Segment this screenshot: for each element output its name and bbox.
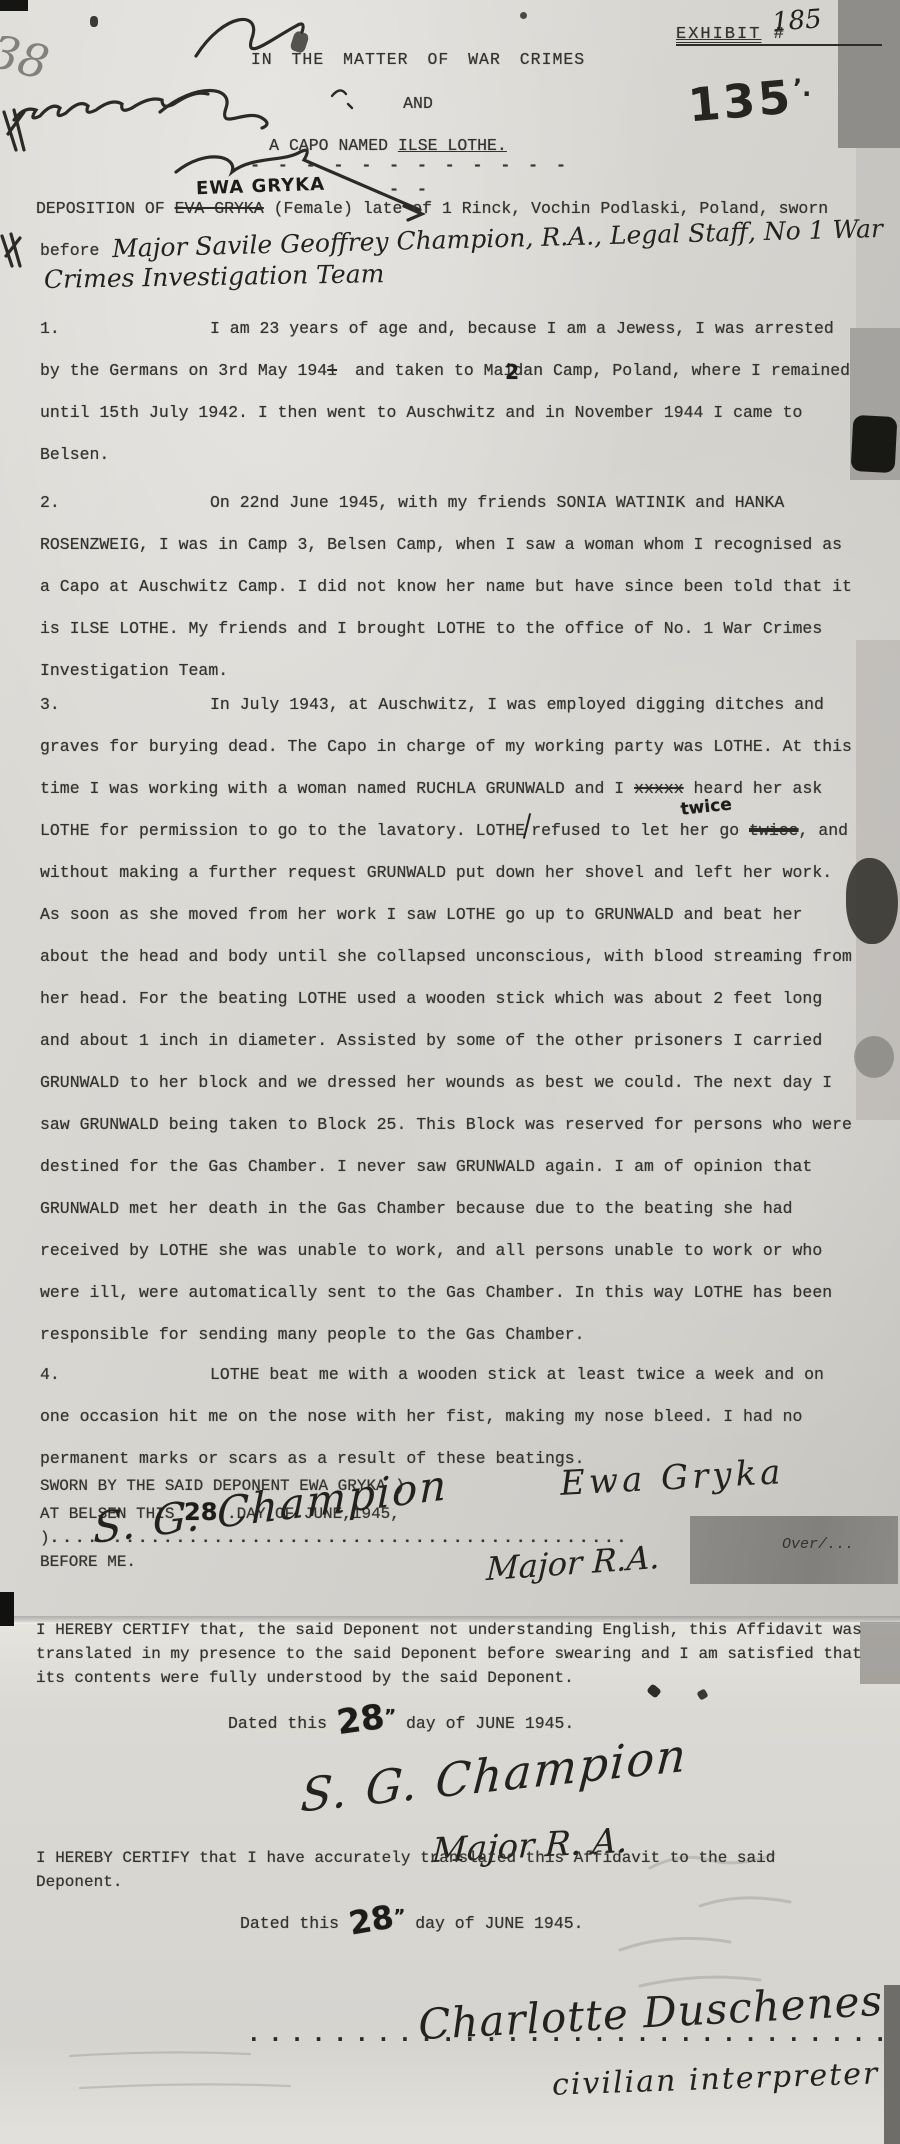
day-flourish: ” bbox=[393, 1906, 405, 1927]
paragraph-number: 3. bbox=[40, 684, 60, 726]
paragraph-number: 4. bbox=[40, 1354, 60, 1396]
dated-line-1: Dated this 28” day of JUNE 1945. bbox=[228, 1702, 574, 1739]
paragraph-text: LOTHE beat me with a wooden stick at lea… bbox=[40, 1365, 824, 1468]
exhibit-number: 185 bbox=[771, 4, 823, 37]
scan-edge-shadow bbox=[838, 0, 900, 148]
black-edge-mark bbox=[0, 1592, 14, 1626]
exhibit-underline bbox=[676, 44, 882, 46]
signature-dotted-line: .............................. bbox=[250, 2022, 898, 2046]
ink-speck bbox=[90, 16, 98, 27]
paragraph-3: 3. In July 1943, at Auschwitz, I was emp… bbox=[40, 684, 860, 1356]
scanned-affidavit-document: EXHIBIT # 185 38 135’. IN THE MATTER OF … bbox=[0, 0, 900, 2144]
case-title-line1: IN THE MATTER OF WAR CRIMES bbox=[240, 48, 596, 72]
ink-smudge bbox=[854, 1036, 894, 1078]
paragraph-text: On 22nd June 1945, with my friends SONIA… bbox=[40, 493, 852, 680]
certification-2: I HEREBY CERTIFY that I have accurately … bbox=[36, 1846, 860, 1894]
exhibit-stamp: EXHIBIT # bbox=[676, 14, 786, 56]
officer-name-handwritten: Crimes Investigation Team bbox=[44, 259, 385, 294]
case-title-line2: AND bbox=[240, 92, 596, 116]
paragraph-number: 2. bbox=[40, 482, 60, 524]
scan-edge-shadow bbox=[884, 1985, 900, 2144]
page-number-annotation: 135’. bbox=[688, 74, 811, 128]
exhibit-label: EXHIBIT bbox=[676, 25, 761, 44]
paragraph-1: 1. I am 23 years of age and, because I a… bbox=[40, 308, 860, 476]
certification-1: I HEREBY CERTIFY that, the said Deponent… bbox=[36, 1618, 868, 1690]
paragraph-number: 1. bbox=[40, 308, 60, 350]
over-note-patch: Over/... bbox=[690, 1516, 898, 1584]
handwritten-day: 28 bbox=[335, 1702, 386, 1738]
corner-mark bbox=[0, 0, 28, 11]
handwritten-day: 28 bbox=[347, 1901, 396, 1938]
before-label: before bbox=[40, 238, 99, 264]
dated-line-2: Dated this 28” day of JUNE 1945. bbox=[240, 1902, 584, 1939]
day-flourish: ” bbox=[384, 1706, 396, 1727]
ink-speck bbox=[520, 12, 527, 19]
over-note: Over/... bbox=[782, 1536, 854, 1553]
handwritten-insert: twice bbox=[525, 819, 531, 836]
paragraph-2: 2. On 22nd June 1945, with my friends SO… bbox=[40, 482, 860, 692]
